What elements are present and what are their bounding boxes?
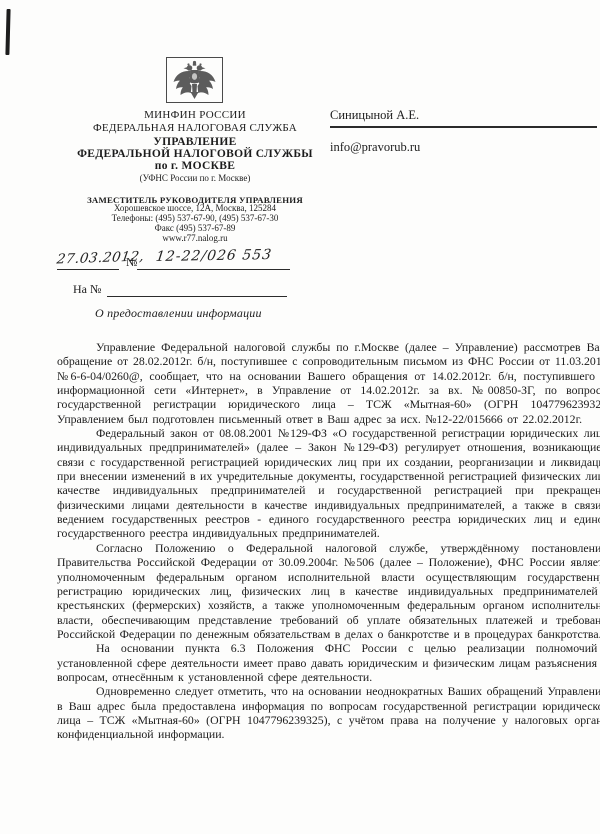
- org-name-service: ФЕДЕРАЛЬНАЯ НАЛОГОВАЯ СЛУЖБА: [55, 123, 335, 135]
- org-name-department-line2: ФЕДЕРАЛЬНОЙ НАЛОГОВОЙ СЛУЖБЫ: [55, 148, 335, 160]
- recipient-name: Синицыной А.Е.: [330, 108, 597, 128]
- paragraph-4: На основании пункта 6.3 Положения ФНС Ро…: [57, 641, 600, 684]
- recipient-email: info@pravorub.ru: [330, 140, 597, 155]
- address-fax: Факс (495) 537-67-89: [55, 223, 335, 233]
- org-short-name: (УФНС России по г. Москве): [55, 174, 335, 183]
- org-name-ministry: МИНФИН РОССИИ: [55, 110, 335, 122]
- paragraph-5: Одновременно следует отметить, что на ос…: [57, 684, 600, 741]
- paragraph-1: Управление Федеральной налоговой службы …: [57, 340, 600, 426]
- address-phones: Телефоны: (495) 537-67-90, (495) 537-67-…: [55, 213, 335, 223]
- outgoing-date-handwritten: 27.03.2012,: [57, 250, 119, 270]
- address-street: Хорошевское шоссе, 12А, Москва, 125284: [55, 203, 335, 213]
- address-website: www.r77.nalog.ru: [55, 233, 335, 243]
- reply-to-label: На №: [73, 282, 101, 297]
- coat-of-arms-icon: [166, 57, 223, 103]
- paragraph-3: Согласно Положению о Федеральной налогов…: [57, 541, 600, 641]
- number-sign-label: №: [126, 255, 137, 270]
- scan-artifact-mark: [5, 9, 10, 55]
- outgoing-number-handwritten: 12-22/026 553: [137, 248, 290, 270]
- letterhead-address-block: Хорошевское шоссе, 12А, Москва, 125284 Т…: [55, 203, 335, 243]
- paragraph-2: Федеральный закон от 08.08.2001 №129-ФЗ …: [57, 426, 600, 541]
- reply-to-blank-line: [107, 296, 287, 297]
- recipient-block: Синицыной А.Е. info@pravorub.ru: [330, 108, 597, 155]
- letterhead-org-block: МИНФИН РОССИИ ФЕДЕРАЛЬНАЯ НАЛОГОВАЯ СЛУЖ…: [55, 110, 335, 205]
- subject-line: О предоставлении информации: [95, 306, 262, 321]
- letter-body: Управление Федеральной налоговой службы …: [57, 340, 600, 742]
- org-name-city: по г. МОСКВЕ: [55, 160, 335, 172]
- scanned-letter-page: МИНФИН РОССИИ ФЕДЕРАЛЬНАЯ НАЛОГОВАЯ СЛУЖ…: [0, 0, 600, 834]
- org-name-department-line1: УПРАВЛЕНИЕ: [55, 136, 335, 148]
